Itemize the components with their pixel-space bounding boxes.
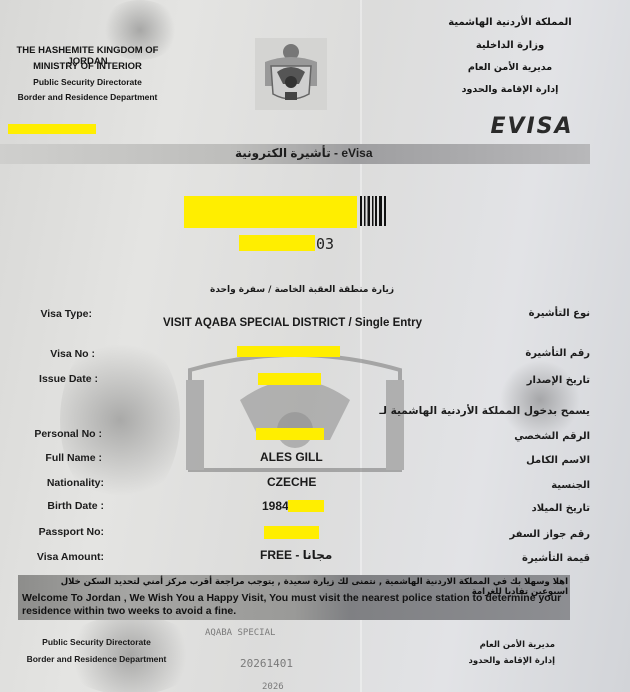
visa-type-label: Visa Type:: [0, 308, 92, 320]
header-ar-department: إدارة الإقامة والحدود: [430, 84, 590, 95]
personal-no-label: Personal No :: [0, 428, 102, 440]
footer-directorate: Public Security Directorate: [14, 637, 179, 647]
visa-amount-value: FREE - مجانا: [260, 548, 332, 562]
redacted-passport-no: [264, 526, 319, 539]
birth-date-label: Birth Date :: [0, 500, 104, 512]
visa-amount-label: Visa Amount:: [0, 551, 104, 563]
redacted-visa-no: [237, 346, 340, 357]
birth-date-value: 1984: [262, 499, 289, 513]
notice-en: Welcome To Jordan , We Wish You a Happy …: [22, 592, 570, 618]
visa-type-label-ar: نوع التأشيرة: [529, 308, 590, 319]
stamp-line-1: AQABA SPECIAL: [205, 628, 275, 638]
passport-no-label-ar: رقم جواز السفر: [509, 529, 590, 540]
issue-date-label: Issue Date :: [0, 373, 98, 385]
redacted-issue-date: [258, 373, 321, 385]
ink-smudge: [500, 360, 580, 440]
issue-date-label-ar: تاريخ الإصدار: [527, 375, 590, 386]
full-name-label-ar: الاسم الكامل: [526, 455, 590, 466]
nationality-value: CZECHE: [267, 475, 316, 489]
redacted-birth-date: [288, 500, 324, 512]
redacted-reference: [8, 124, 96, 134]
visa-no-label: Visa No :: [0, 348, 95, 360]
personal-no-label-ar: الرقم الشخصي: [514, 431, 590, 442]
stamp-line-3: 2026: [262, 682, 284, 692]
nationality-label: Nationality:: [0, 477, 104, 489]
visa-type-ar-value: زيارة منطقة العقبة الخاصة / سفرة واحدة: [210, 285, 394, 295]
header-ministry: MINISTRY OF INTERIOR: [0, 61, 175, 72]
redacted-personal-no: [256, 428, 324, 440]
coat-of-arms-icon: [255, 38, 327, 110]
permission-statement-ar: يسمح بدخول المملكة الأردنية الهاشمية لـ: [379, 405, 590, 417]
visa-type-value: VISIT AQABA SPECIAL DISTRICT / Single En…: [163, 317, 422, 329]
nationality-label-ar: الجنسية: [551, 480, 590, 491]
header-directorate: Public Security Directorate: [0, 77, 175, 87]
passport-no-label: Passport No:: [0, 526, 104, 538]
full-name-label: Full Name :: [0, 452, 102, 464]
visa-amount-label-ar: قيمة التأشيرة: [522, 553, 590, 564]
footer-department: Border and Residence Department: [14, 654, 179, 664]
full-name-value: ALES GILL: [260, 450, 323, 464]
footer-ar-department: إدارة الإقامة والحدود: [468, 656, 555, 666]
header-ar-kingdom: المملكة الأردنية الهاشمية: [430, 17, 590, 28]
evisa-title: تأشيرة الكترونية - eVisa: [235, 146, 373, 160]
header-department: Border and Residence Department: [0, 92, 175, 102]
footer-ar-directorate: مديرية الأمن العام: [480, 640, 555, 650]
stamp-line-2: 20261401: [240, 657, 293, 670]
visa-no-label-ar: رقم التأشيرة: [525, 348, 590, 359]
doc-number-suffix: 03: [316, 235, 334, 253]
barcode-icon: [358, 196, 388, 226]
header-ar-directorate: مديرية الأمن العام: [430, 62, 590, 73]
redacted-doc-number: [239, 235, 315, 251]
redacted-barcode: [184, 196, 357, 228]
evisa-logo: EVISA: [476, 116, 588, 138]
header-ar-ministry: وزارة الداخلية: [430, 40, 590, 51]
birth-date-label-ar: تاريخ الميلاد: [532, 503, 590, 514]
